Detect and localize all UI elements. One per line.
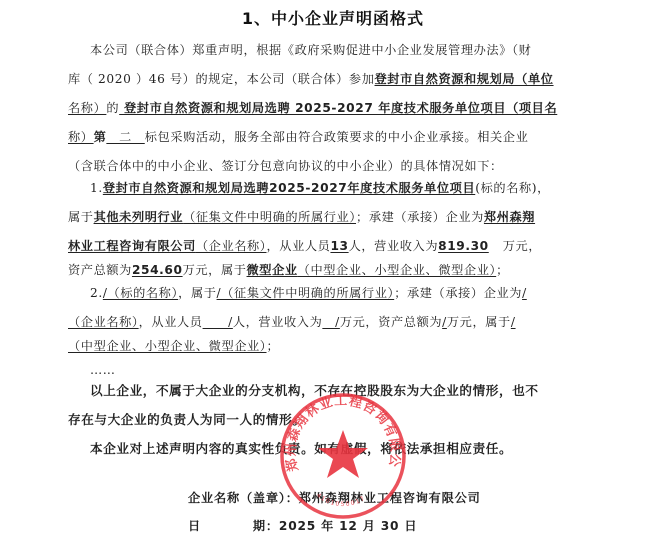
item1-revenue: 819.30 <box>438 239 503 253</box>
item1-size: 微型企业 <box>247 263 298 277</box>
item1-company: 林业工程咨询有限公司 <box>68 239 196 253</box>
item2-company: / <box>522 286 527 300</box>
seal-text: 郑州森翔林业工程咨询有限公司 <box>279 392 402 474</box>
project-name: 登封市自然资源和规划局选聘 2025-2027 年度技术服务单位项目（项目名 <box>119 101 557 115</box>
closing-line-1: 以上企业，不属于大企业的分支机构，不存在控股股东为大企业的情形，也不 <box>90 383 458 399</box>
item2-industry: /（征集文件中明确的所属行业） <box>217 286 395 300</box>
intro-text: 本公司（联合体）郑重声明，根据《政府采购促进中小企业发展管理办法》（财 <box>90 43 531 57</box>
item1-project-note: (标的名称) <box>475 181 537 195</box>
unit-name-note: 名称） <box>68 101 106 115</box>
intro-text: （含联合体中的中小企业、签订分包意向协议的中小企业）的具体情况如下： <box>68 159 503 173</box>
intro-text: 第 <box>94 130 107 144</box>
item2-size-note: （中型企业、小型企业、微型企业） <box>68 339 267 353</box>
item-text: ；承建（承接）企业为 <box>394 286 522 300</box>
signature-date-line: 日 期：2025 年 12 月 30 日 <box>188 517 417 534</box>
item1-line-3: 林业工程咨询有限公司（企业名称），从业人员13人，营业收入为819.30万元， <box>68 238 458 254</box>
item1-size-note: （中型企业、小型企业、微型企业） <box>298 263 497 277</box>
item-text: 人，营业收入为 <box>349 239 439 253</box>
page-title: 1、中小企业声明函格式 <box>0 6 666 29</box>
punct: ； <box>496 263 509 277</box>
item-text: ，属于 <box>178 286 216 300</box>
intro-text: 标包采购活动，服务全部由符合政策要求的中小企业承接。相关企业 <box>145 130 529 144</box>
item2-company-note: （企业名称） <box>68 315 139 329</box>
item-text: 万元，属于 <box>183 263 247 277</box>
intro-line-2: 库（ 2020 ）46 号）的规定，本公司（联合体）参加登封市自然资源和规划局（… <box>68 71 458 87</box>
intro-text: 库（ 2020 ）46 号）的规定，本公司（联合体）参加 <box>68 72 375 86</box>
item1-assets: 254.60 <box>132 263 183 277</box>
purchaser-name: 登封市自然资源和规划局（单位 <box>375 72 554 86</box>
svg-text:郑州森翔林业工程咨询有限公司: 郑州森翔林业工程咨询有限公司 <box>279 392 402 474</box>
intro-line-5: （含联合体中的中小企业、签订分包意向协议的中小企业）的具体情况如下： <box>68 158 458 174</box>
intro-line-4: 称）第 二 标包采购活动，服务全部由符合政策要求的中小企业承接。相关企业 <box>68 129 458 145</box>
item1-staff: 13 <box>330 239 348 253</box>
signature-company-line: 企业名称（盖章）：郑州森翔林业工程咨询有限公司 <box>188 489 481 506</box>
punct: ， <box>537 181 550 195</box>
punct: ； <box>267 339 280 353</box>
item1-company: 郑州森翔 <box>484 210 535 224</box>
item-text: 万元，属于 <box>447 315 511 329</box>
item1-line-1: 1.登封市自然资源和规划局选聘2025-2027年度技术服务单位项目(标的名称)… <box>90 180 458 196</box>
item2-staff: / <box>203 315 233 329</box>
item-text: ；承建（承接）企业为 <box>356 210 484 224</box>
intro-text: 的 <box>106 101 119 115</box>
item2-size: / <box>511 315 516 329</box>
item2-line-2: （企业名称），从业人员 /人，营业收入为 /万元，资产总额为/万元，属于/ <box>68 314 458 330</box>
lot-number: 二 <box>106 130 144 144</box>
item-text: ，从业人员 <box>139 315 203 329</box>
item-text: 万元， <box>503 239 541 253</box>
item-text: 属于 <box>68 210 94 224</box>
item2-line-1: 2./（标的名称），属于/（征集文件中明确的所属行业）；承建（承接）企业为/ <box>90 285 458 301</box>
date-value: 2025 年 12 月 30 日 <box>279 519 417 533</box>
company-label: 企业名称（盖章）： <box>188 491 299 505</box>
item-text: 资产总额为 <box>68 263 132 277</box>
item-number: 1. <box>90 181 103 195</box>
item1-industry-note: （征集文件中明确的所属行业） <box>183 210 356 224</box>
item1-industry: 其他未列明行业 <box>94 210 184 224</box>
project-name-note: 称） <box>68 130 94 144</box>
closing-line-2: 存在与大企业的负责人为同一人的情形。 <box>68 412 458 428</box>
item1-line-4: 资产总额为254.60万元，属于微型企业（中型企业、小型企业、微型企业）； <box>68 262 458 278</box>
item1-line-2: 属于其他未列明行业（征集文件中明确的所属行业）；承建（承接）企业为郑州森翔 <box>68 209 458 225</box>
item2-project: /（标的名称） <box>103 286 178 300</box>
item-text: ，从业人员 <box>267 239 331 253</box>
item-text: 人，营业收入为 <box>233 315 323 329</box>
intro-line-3: 名称）的 登封市自然资源和规划局选聘 2025-2027 年度技术服务单位项目（… <box>68 100 458 116</box>
intro-line-1: 本公司（联合体）郑重声明，根据《政府采购促进中小企业发展管理办法》（财 <box>90 42 458 58</box>
item2-line-3: （中型企业、小型企业、微型企业）； <box>68 338 458 354</box>
ellipsis: …… <box>90 362 458 378</box>
company-name: 郑州森翔林业工程咨询有限公司 <box>299 491 481 505</box>
date-label: 日 期： <box>188 519 279 533</box>
closing-line-3: 本企业对上述声明内容的真实性负责。如有虚假，将依法承担相应责任。 <box>90 441 458 457</box>
item-text: 万元，资产总额为 <box>340 315 442 329</box>
item2-revenue: / <box>322 315 340 329</box>
item1-company-note: （企业名称） <box>196 239 267 253</box>
item-number: 2. <box>90 286 103 300</box>
item1-project: 登封市自然资源和规划局选聘2025-2027年度技术服务单位项目 <box>103 181 475 195</box>
